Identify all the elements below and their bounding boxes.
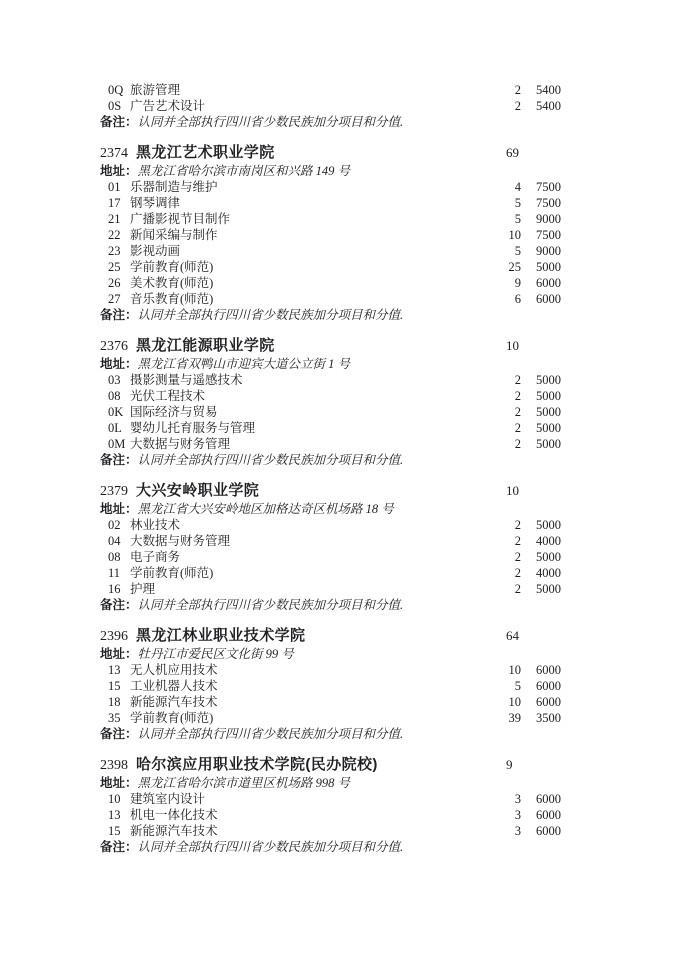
major-code: 15 (108, 823, 130, 839)
note-text: 认同并全部执行四川省少数民族加分项目和分值. (138, 452, 561, 468)
major-tuition-fee: 6000 (521, 807, 561, 823)
major-name: 机电一体化技术 (130, 807, 481, 823)
major-row: 13 无人机应用技术 10 6000 (100, 662, 561, 678)
major-row: 0L 婴幼儿托育服务与管理 2 5000 (100, 420, 561, 436)
major-name: 护理 (130, 581, 481, 597)
major-tuition-fee: 5400 (521, 82, 561, 98)
note-text: 认同并全部执行四川省少数民族加分项目和分值. (138, 597, 561, 613)
major-code: 23 (108, 243, 130, 259)
major-row: 0S 广告艺术设计 2 5400 (100, 98, 561, 114)
major-row: 22 新闻采编与制作 10 7500 (100, 227, 561, 243)
major-tuition-fee: 6000 (521, 694, 561, 710)
major-row: 25 学前教育(师范) 25 5000 (100, 259, 561, 275)
major-code: 16 (108, 581, 130, 597)
major-tuition-fee: 7500 (521, 227, 561, 243)
major-code: 08 (108, 388, 130, 404)
college-code: 2398 (100, 756, 128, 775)
major-tuition-fee: 6000 (521, 791, 561, 807)
major-code: 01 (108, 179, 130, 195)
major-row: 08 光伏工程技术 2 5000 (100, 388, 561, 404)
major-row: 0M 大数据与财务管理 2 5000 (100, 436, 561, 452)
major-row: 18 新能源汽车技术 10 6000 (100, 694, 561, 710)
address-row: 地址： 黑龙江省大兴安岭地区加格达奇区机场路 18 号 (100, 501, 561, 517)
major-tuition-fee: 5000 (521, 581, 561, 597)
major-name: 国际经济与贸易 (130, 404, 481, 420)
major-name: 钢琴调律 (130, 195, 481, 211)
major-row: 03 摄影测量与遥感技术 2 5000 (100, 372, 561, 388)
major-name: 新能源汽车技术 (130, 694, 481, 710)
major-plan-count: 2 (481, 581, 521, 597)
major-code: 04 (108, 533, 130, 549)
major-name: 乐器制造与维护 (130, 179, 481, 195)
major-code: 08 (108, 549, 130, 565)
major-name: 林业技术 (130, 517, 481, 533)
major-code: 26 (108, 275, 130, 291)
major-tuition-fee: 5000 (521, 420, 561, 436)
college-section: 2379 大兴安岭职业学院 10 地址： 黑龙江省大兴安岭地区加格达奇区机场路 … (100, 481, 561, 613)
major-row: 0K 国际经济与贸易 2 5000 (100, 404, 561, 420)
college-total-count: 64 (481, 626, 521, 645)
address-row: 地址： 黑龙江省双鸭山市迎宾大道公立街 1 号 (100, 356, 561, 372)
address-row: 地址： 黑龙江省哈尔滨市道里区机场路 998 号 (100, 775, 561, 791)
address-row: 地址： 黑龙江省哈尔滨市南岗区和兴路 149 号 (100, 163, 561, 179)
college-section: 2396 黑龙江林业职业技术学院 64 地址： 牡丹江市爱民区文化街 99 号 … (100, 626, 561, 742)
major-tuition-fee: 5400 (521, 98, 561, 114)
college-code: 2379 (100, 482, 128, 501)
major-plan-count: 2 (481, 420, 521, 436)
major-name: 工业机器人技术 (130, 678, 481, 694)
major-plan-count: 2 (481, 549, 521, 565)
note-label: 备注： (100, 726, 138, 742)
major-code: 02 (108, 517, 130, 533)
college-code: 2396 (100, 627, 128, 646)
major-plan-count: 4 (481, 179, 521, 195)
address-label: 地址： (100, 646, 138, 662)
major-list: 02 林业技术 2 5000 04 大数据与财务管理 2 4000 08 电子商… (100, 517, 561, 597)
major-name: 学前教育(师范) (130, 710, 481, 726)
college-name: 黑龙江艺术职业学院 (136, 143, 481, 162)
major-name: 摄影测量与遥感技术 (130, 372, 481, 388)
major-plan-count: 10 (481, 694, 521, 710)
major-name: 学前教育(师范) (130, 565, 481, 581)
major-name: 旅游管理 (130, 82, 481, 98)
note-row: 备注： 认同并全部执行四川省少数民族加分项目和分值. (100, 114, 561, 130)
address-label: 地址： (100, 501, 138, 517)
major-plan-count: 2 (481, 517, 521, 533)
college-code: 2376 (100, 337, 128, 356)
major-row: 15 新能源汽车技术 3 6000 (100, 823, 561, 839)
major-list: 01 乐器制造与维护 4 7500 17 钢琴调律 5 7500 21 广播影视… (100, 179, 561, 307)
major-name: 电子商务 (130, 549, 481, 565)
major-name: 大数据与财务管理 (130, 436, 481, 452)
major-tuition-fee: 6000 (521, 823, 561, 839)
major-plan-count: 5 (481, 211, 521, 227)
college-code: 2374 (100, 144, 128, 163)
note-text: 认同并全部执行四川省少数民族加分项目和分值. (138, 114, 561, 130)
major-row: 13 机电一体化技术 3 6000 (100, 807, 561, 823)
major-plan-count: 3 (481, 823, 521, 839)
major-name: 大数据与财务管理 (130, 533, 481, 549)
note-text: 认同并全部执行四川省少数民族加分项目和分值. (138, 839, 561, 855)
major-plan-count: 2 (481, 98, 521, 114)
college-section: 2374 黑龙江艺术职业学院 69 地址： 黑龙江省哈尔滨市南岗区和兴路 149… (100, 143, 561, 323)
note-row: 备注： 认同并全部执行四川省少数民族加分项目和分值. (100, 726, 561, 742)
major-plan-count: 25 (481, 259, 521, 275)
major-name: 建筑室内设计 (130, 791, 481, 807)
major-row: 08 电子商务 2 5000 (100, 549, 561, 565)
major-code: 0L (108, 420, 130, 436)
major-plan-count: 3 (481, 807, 521, 823)
address-text: 黑龙江省双鸭山市迎宾大道公立街 1 号 (138, 356, 561, 372)
address-row: 地址： 牡丹江市爱民区文化街 99 号 (100, 646, 561, 662)
major-row: 27 音乐教育(师范) 6 6000 (100, 291, 561, 307)
major-name: 新能源汽车技术 (130, 823, 481, 839)
major-row: 21 广播影视节目制作 5 9000 (100, 211, 561, 227)
major-tuition-fee: 9000 (521, 211, 561, 227)
college-total-count: 9 (481, 755, 521, 774)
note-row: 备注： 认同并全部执行四川省少数民族加分项目和分值. (100, 597, 561, 613)
address-text: 黑龙江省哈尔滨市道里区机场路 998 号 (138, 775, 561, 791)
major-tuition-fee: 6000 (521, 678, 561, 694)
note-text: 认同并全部执行四川省少数民族加分项目和分值. (138, 307, 561, 323)
college-section: 2398 哈尔滨应用职业技术学院(民办院校) 9 地址： 黑龙江省哈尔滨市道里区… (100, 755, 561, 855)
major-name: 广告艺术设计 (130, 98, 481, 114)
note-text: 认同并全部执行四川省少数民族加分项目和分值. (138, 726, 561, 742)
note-row: 备注： 认同并全部执行四川省少数民族加分项目和分值. (100, 839, 561, 855)
major-tuition-fee: 5000 (521, 436, 561, 452)
college-section: 2376 黑龙江能源职业学院 10 地址： 黑龙江省双鸭山市迎宾大道公立街 1 … (100, 336, 561, 468)
address-text: 黑龙江省哈尔滨市南岗区和兴路 149 号 (138, 163, 561, 179)
college-name: 大兴安岭职业学院 (136, 481, 481, 500)
major-code: 0K (108, 404, 130, 420)
major-code: 17 (108, 195, 130, 211)
major-tuition-fee: 9000 (521, 243, 561, 259)
major-code: 13 (108, 662, 130, 678)
address-label: 地址： (100, 775, 138, 791)
major-name: 婴幼儿托育服务与管理 (130, 420, 481, 436)
major-plan-count: 10 (481, 227, 521, 243)
major-name: 无人机应用技术 (130, 662, 481, 678)
note-row: 备注： 认同并全部执行四川省少数民族加分项目和分值. (100, 452, 561, 468)
major-row: 11 学前教育(师范) 2 4000 (100, 565, 561, 581)
college-total-count: 10 (481, 336, 521, 355)
major-name: 广播影视节目制作 (130, 211, 481, 227)
major-code: 21 (108, 211, 130, 227)
major-plan-count: 2 (481, 372, 521, 388)
college-heading-row: 2374 黑龙江艺术职业学院 69 (100, 143, 561, 163)
major-code: 10 (108, 791, 130, 807)
major-row: 04 大数据与财务管理 2 4000 (100, 533, 561, 549)
college-total-count: 69 (481, 143, 521, 162)
note-label: 备注： (100, 452, 138, 468)
note-label: 备注： (100, 597, 138, 613)
major-tuition-fee: 5000 (521, 404, 561, 420)
document-page: 0Q 旅游管理 2 5400 0S 广告艺术设计 2 5400 备注： 认同并全… (0, 0, 680, 961)
major-tuition-fee: 7500 (521, 195, 561, 211)
note-label: 备注： (100, 114, 138, 130)
address-label: 地址： (100, 163, 138, 179)
major-plan-count: 2 (481, 533, 521, 549)
major-tuition-fee: 6000 (521, 662, 561, 678)
major-name: 美术教育(师范) (130, 275, 481, 291)
major-row: 0Q 旅游管理 2 5400 (100, 82, 561, 98)
major-name: 新闻采编与制作 (130, 227, 481, 243)
major-plan-count: 9 (481, 275, 521, 291)
major-plan-count: 3 (481, 791, 521, 807)
major-code: 22 (108, 227, 130, 243)
major-list: 0Q 旅游管理 2 5400 0S 广告艺术设计 2 5400 (100, 82, 561, 114)
major-name: 光伏工程技术 (130, 388, 481, 404)
major-tuition-fee: 4000 (521, 565, 561, 581)
address-text: 黑龙江省大兴安岭地区加格达奇区机场路 18 号 (138, 501, 561, 517)
college-name: 黑龙江能源职业学院 (136, 336, 481, 355)
major-code: 15 (108, 678, 130, 694)
note-row: 备注： 认同并全部执行四川省少数民族加分项目和分值. (100, 307, 561, 323)
major-name: 学前教育(师范) (130, 259, 481, 275)
major-row: 01 乐器制造与维护 4 7500 (100, 179, 561, 195)
college-name: 黑龙江林业职业技术学院 (136, 626, 481, 645)
major-code: 0M (108, 436, 130, 452)
major-row: 23 影视动画 5 9000 (100, 243, 561, 259)
college-heading-row: 2396 黑龙江林业职业技术学院 64 (100, 626, 561, 646)
major-row: 26 美术教育(师范) 9 6000 (100, 275, 561, 291)
major-code: 0Q (108, 82, 130, 98)
note-label: 备注： (100, 307, 138, 323)
major-plan-count: 5 (481, 678, 521, 694)
major-tuition-fee: 6000 (521, 275, 561, 291)
major-code: 25 (108, 259, 130, 275)
major-code: 11 (108, 565, 130, 581)
major-tuition-fee: 7500 (521, 179, 561, 195)
major-code: 18 (108, 694, 130, 710)
major-row: 35 学前教育(师范) 39 3500 (100, 710, 561, 726)
major-tuition-fee: 5000 (521, 549, 561, 565)
major-list: 03 摄影测量与遥感技术 2 5000 08 光伏工程技术 2 5000 0K … (100, 372, 561, 452)
major-plan-count: 10 (481, 662, 521, 678)
college-total-count: 10 (481, 481, 521, 500)
major-plan-count: 2 (481, 404, 521, 420)
major-name: 影视动画 (130, 243, 481, 259)
major-code: 03 (108, 372, 130, 388)
major-code: 13 (108, 807, 130, 823)
major-name: 音乐教育(师范) (130, 291, 481, 307)
college-section: 0Q 旅游管理 2 5400 0S 广告艺术设计 2 5400 备注： 认同并全… (100, 82, 561, 130)
major-list: 10 建筑室内设计 3 6000 13 机电一体化技术 3 6000 15 新能… (100, 791, 561, 839)
major-code: 0S (108, 98, 130, 114)
major-tuition-fee: 5000 (521, 517, 561, 533)
major-tuition-fee: 5000 (521, 388, 561, 404)
major-plan-count: 5 (481, 243, 521, 259)
major-plan-count: 2 (481, 388, 521, 404)
major-row: 02 林业技术 2 5000 (100, 517, 561, 533)
college-heading-row: 2379 大兴安岭职业学院 10 (100, 481, 561, 501)
major-list: 13 无人机应用技术 10 6000 15 工业机器人技术 5 6000 18 … (100, 662, 561, 726)
major-plan-count: 6 (481, 291, 521, 307)
college-name: 哈尔滨应用职业技术学院(民办院校) (136, 755, 481, 774)
major-tuition-fee: 3500 (521, 710, 561, 726)
major-row: 17 钢琴调律 5 7500 (100, 195, 561, 211)
major-plan-count: 39 (481, 710, 521, 726)
major-tuition-fee: 4000 (521, 533, 561, 549)
major-row: 10 建筑室内设计 3 6000 (100, 791, 561, 807)
major-tuition-fee: 5000 (521, 259, 561, 275)
major-code: 27 (108, 291, 130, 307)
college-heading-row: 2376 黑龙江能源职业学院 10 (100, 336, 561, 356)
major-plan-count: 2 (481, 565, 521, 581)
major-tuition-fee: 5000 (521, 372, 561, 388)
note-label: 备注： (100, 839, 138, 855)
major-plan-count: 5 (481, 195, 521, 211)
major-row: 15 工业机器人技术 5 6000 (100, 678, 561, 694)
address-label: 地址： (100, 356, 138, 372)
major-plan-count: 2 (481, 82, 521, 98)
major-plan-count: 2 (481, 436, 521, 452)
college-heading-row: 2398 哈尔滨应用职业技术学院(民办院校) 9 (100, 755, 561, 775)
document-content: 0Q 旅游管理 2 5400 0S 广告艺术设计 2 5400 备注： 认同并全… (100, 82, 561, 855)
major-code: 35 (108, 710, 130, 726)
major-tuition-fee: 6000 (521, 291, 561, 307)
major-row: 16 护理 2 5000 (100, 581, 561, 597)
address-text: 牡丹江市爱民区文化街 99 号 (138, 646, 561, 662)
